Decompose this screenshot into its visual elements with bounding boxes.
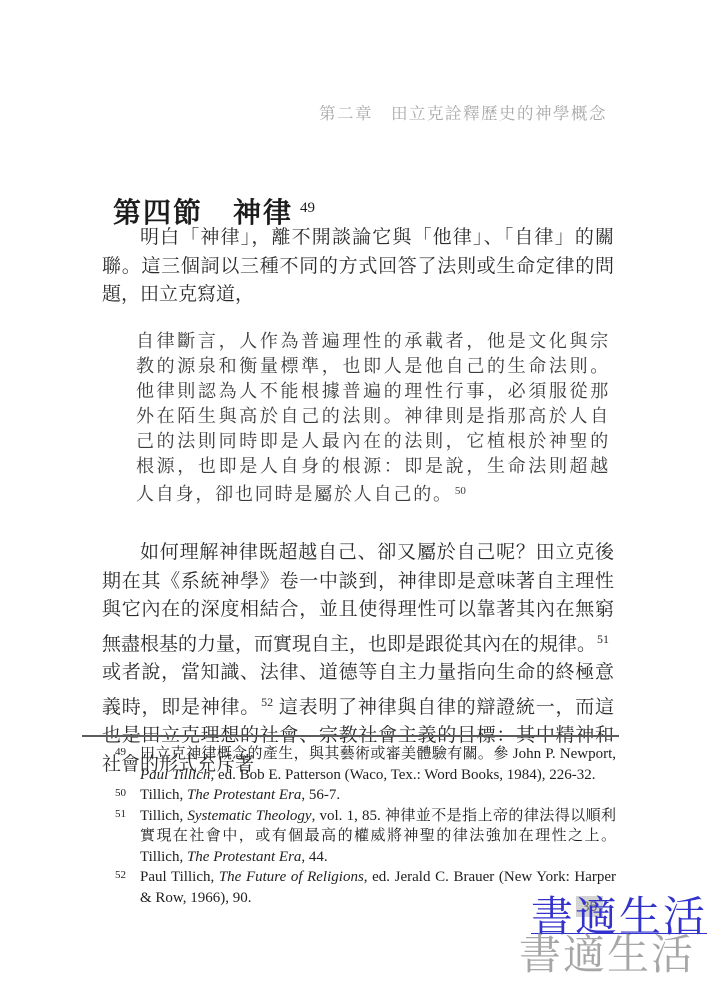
- paragraph-discussion-part1: 如何理解神律既超越自己、卻又屬於自己呢？田立克後期在其《系統神學》卷一中談到，神…: [102, 542, 614, 655]
- footnote-51: 51Tillich, Systematic Theology, vol. 1, …: [102, 806, 616, 868]
- footnote-49: 49田立克神律概念的產生，與其藝術或審美體驗有關。參 John P. Newpo…: [102, 744, 616, 785]
- footnote-49-number: 49: [115, 742, 126, 763]
- footnote-51-book-title-2: The Protestant Era: [187, 849, 301, 865]
- footnote-50-text: Tillich,: [140, 787, 187, 803]
- block-quote: 自律斷言，人作為普遍理性的承載者，他是文化與宗教的源泉和衡量標準，也即人是他自己…: [136, 329, 610, 507]
- quote-footnote-ref: 50: [455, 485, 466, 497]
- footnote-50: 50Tillich, The Protestant Era, 56-7.: [102, 785, 616, 806]
- footnote-52-text: Paul Tillich,: [140, 869, 219, 885]
- block-quote-text: 自律斷言，人作為普遍理性的承載者，他是文化與宗教的源泉和衡量標準，也即人是他自己…: [136, 331, 610, 504]
- footnote-49-text-2: , ed. Bob E. Patterson (Waco, Tex.: Word…: [210, 767, 595, 783]
- paragraph-intro: 明白「神律」，離不開談論它與「他律」、「自律」的關聯。這三個詞以三種不同的方式回…: [102, 224, 614, 310]
- footnote-49-book-title: Paul Tillich: [140, 767, 210, 783]
- watermark-gray: 書適生活: [519, 935, 695, 977]
- footnote-51-book-title: Systematic Theology: [187, 808, 311, 824]
- footnote-51-text-3: , 44.: [301, 849, 327, 865]
- footnote-separator-rule: [82, 735, 619, 737]
- footnote-ref-52: 52: [261, 695, 273, 709]
- footnote-50-text-2: , 56-7.: [301, 787, 340, 803]
- footnotes-section: 49田立克神律概念的產生，與其藝術或審美體驗有關。參 John P. Newpo…: [102, 744, 616, 908]
- paragraph-discussion: 如何理解神律既超越自己、卻又屬於自己呢？田立克後期在其《系統神學》卷一中談到，神…: [102, 539, 614, 779]
- running-header-chapter: 第二章 田立克詮釋歷史的神學概念: [319, 100, 607, 124]
- footnote-50-number: 50: [115, 783, 126, 804]
- footnote-50-book-title: The Protestant Era: [187, 787, 301, 803]
- footnote-52-book-title: The Future of Religions: [219, 869, 364, 885]
- footnote-51-text: Tillich,: [140, 808, 187, 824]
- footnote-ref-51: 51: [597, 632, 609, 646]
- footnote-52-number: 52: [115, 865, 126, 886]
- footnote-49-text: 田立克神律概念的產生，與其藝術或審美體驗有關。參 John P. Newport…: [140, 746, 616, 762]
- section-title-footnote-ref: 49: [300, 200, 315, 216]
- footnote-51-number: 51: [115, 804, 126, 825]
